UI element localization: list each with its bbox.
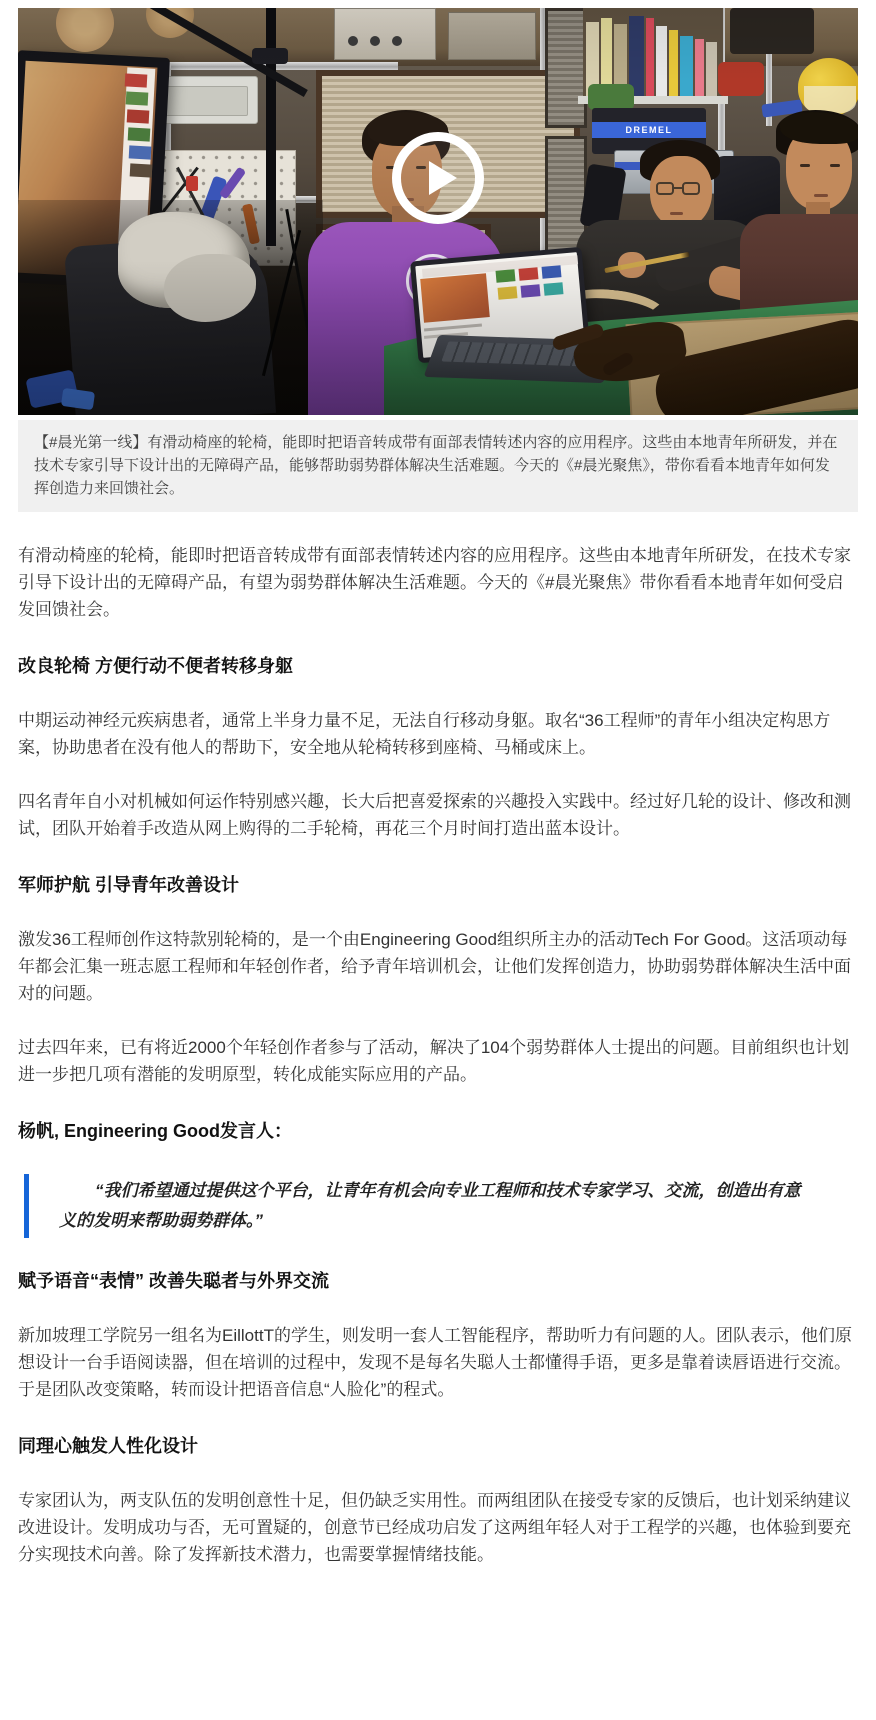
speaker-stack: [545, 8, 587, 128]
book-spine: [706, 42, 717, 96]
laptop-thumb: [521, 284, 541, 298]
video-thumb-dark: [130, 163, 153, 177]
paragraph-experts: 专家团认为，两支队伍的发明创意性十足，但仍缺乏实用性。而两组团队在接受专家的反馈…: [18, 1487, 858, 1568]
knob: [370, 36, 380, 46]
shelf-item-dark: [730, 8, 814, 54]
paragraph-tech-for-good: 激发36工程师创作这特款别轮椅的，是一个由Engineering Good组织所…: [18, 926, 858, 1007]
book-spine: [646, 18, 654, 96]
heading-mentors: 军师护航 引导青年改善设计: [18, 872, 858, 898]
video-thumbnail[interactable]: DREMEL: [18, 8, 858, 415]
video-thumb-blue: [129, 145, 152, 159]
laptop-thumb: [519, 267, 539, 281]
book-spine: [695, 39, 704, 96]
green-cloth: [588, 84, 634, 110]
glasses-lens: [682, 182, 700, 195]
paragraph-four-youths: 四名青年自小对机械如何运作特别感兴趣，长大后把喜爱探索的兴趣投入实践中。经过好几…: [18, 788, 858, 842]
book-spine: [680, 36, 693, 96]
laptop-thumb: [496, 269, 516, 283]
play-button[interactable]: [392, 132, 484, 224]
video-thumb-red: [125, 73, 148, 87]
quote-block: “我们希望通过提供这个平台，让青年有机会向专业工程师和技术专家学习、交流，创造出…: [24, 1174, 858, 1238]
laptop-hero-image: [420, 273, 490, 323]
eye: [800, 164, 810, 167]
video-player: DREMEL: [18, 8, 858, 512]
paragraph-intro: 有滑动椅座的轮椅，能即时把语音转成带有面部表情转述内容的应用程序。这些由本地青年…: [18, 542, 858, 623]
tool-holder: [186, 176, 198, 191]
video-thumb-red: [127, 109, 150, 123]
article-page: DREMEL: [0, 0, 876, 1655]
laptop-thumb: [544, 282, 564, 296]
glasses-lens: [656, 182, 674, 195]
play-icon: [429, 161, 457, 195]
dremel-logo: DREMEL: [592, 122, 706, 138]
paragraph-eillottt: 新加坡理工学院另一组名为EillottT的学生，则发明一套人工智能程序，帮助听力…: [18, 1322, 858, 1403]
eye: [830, 164, 840, 167]
person-brown-hair-fringe: [780, 112, 858, 144]
laptop-thumb: [498, 286, 518, 300]
drawer-front: [156, 86, 248, 116]
heading-wheelchair: 改良轮椅 方便行动不便者转移身躯: [18, 653, 858, 679]
book-spine: [669, 30, 678, 96]
paragraph-four-years: 过去四年来，已有将近2000个年轻创作者参与了活动，解决了104个弱势群体人士提…: [18, 1034, 858, 1088]
glasses-bridge: [674, 187, 682, 189]
quote-text: “我们希望通过提供这个平台，让青年有机会向专业工程师和技术专家学习、交流，创造出…: [59, 1176, 808, 1236]
laptop-thumb: [542, 265, 562, 279]
red-tool: [718, 62, 764, 96]
speaker-heading: 杨帆, Engineering Good发言人：: [18, 1118, 858, 1144]
video-thumb-green: [126, 91, 149, 105]
article-body: 有滑动椅座的轮椅，能即时把语音转成带有面部表情转述内容的应用程序。这些由本地青年…: [18, 512, 858, 1568]
heading-voice-expression: 赋予语音“表情” 改善失聪者与外界交流: [18, 1268, 858, 1294]
equipment-box: [334, 8, 436, 60]
mic-clamp: [252, 48, 288, 64]
book-spine: [656, 26, 667, 96]
mouth: [814, 194, 828, 197]
knob: [348, 36, 358, 46]
paragraph-patients: 中期运动神经元疾病患者，通常上半身力量不足，无法自行移动身躯。取名“36工程师”…: [18, 707, 858, 761]
mouth: [670, 212, 683, 215]
video-thumb-green: [128, 127, 151, 141]
knob: [392, 36, 402, 46]
heading-empathy: 同理心触发人性化设计: [18, 1433, 858, 1459]
video-caption: 【#晨光第一线】有滑动椅座的轮椅，能即时把语音转成带有面部表情转述内容的应用程序…: [18, 420, 858, 512]
storage-box: [448, 12, 536, 60]
mic-stand: [266, 8, 276, 246]
